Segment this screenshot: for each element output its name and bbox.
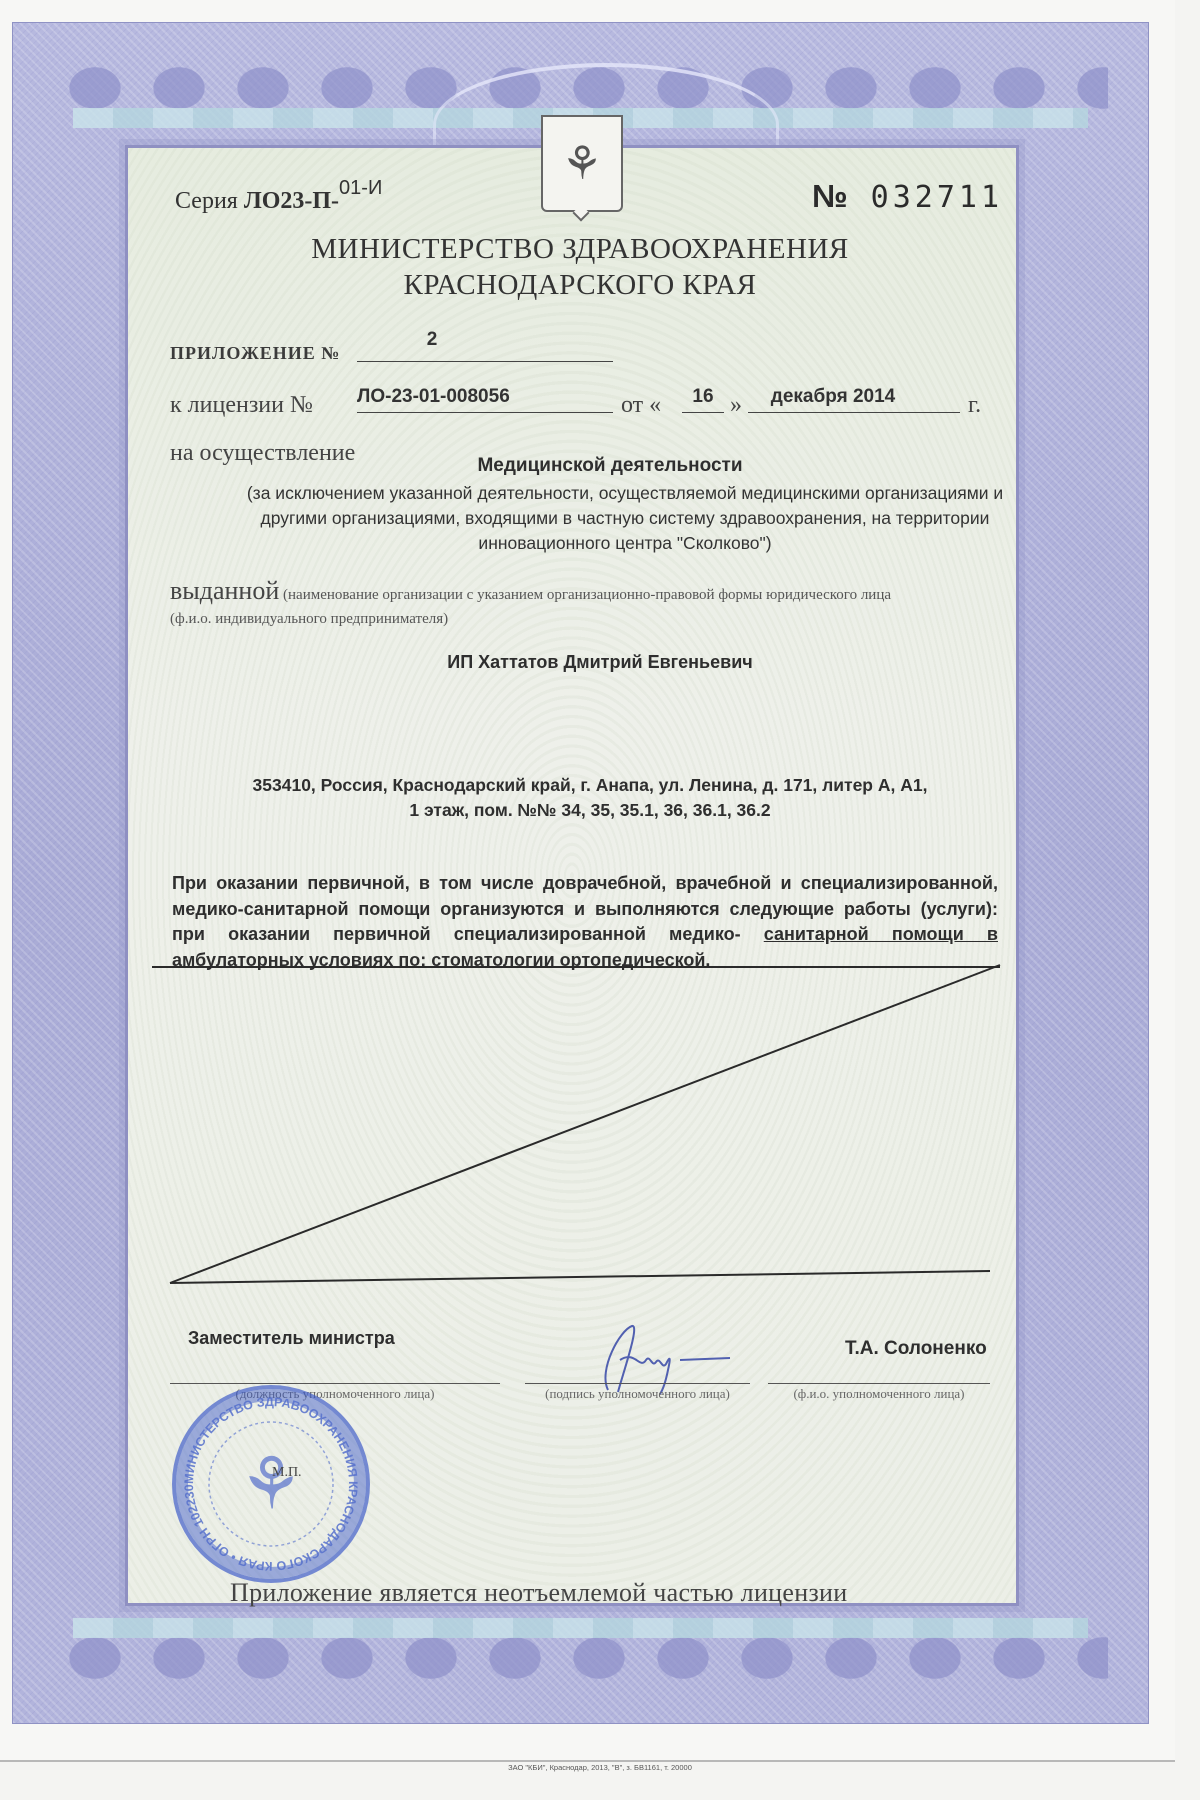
- license-holder-name: ИП Хаттатов Дмитрий Евгеньевич: [200, 652, 1000, 673]
- appendix-note: Приложение является неотъемлемой частью …: [230, 1578, 847, 1608]
- coat-of-arms-shield: ⚘: [541, 115, 623, 212]
- number-sign: №: [812, 178, 849, 214]
- seal-eagle-icon: ⚘: [239, 1442, 304, 1527]
- seal-place-label: М.П.: [272, 1465, 302, 1481]
- issued-to-hint-1: (наименование организации с указанием ор…: [283, 587, 891, 603]
- number-value: 032711: [871, 180, 1003, 215]
- issuing-authority: МИНИСТЕРСТВО ЗДРАВООХРАНЕНИЯ КРАСНОДАРСК…: [200, 231, 960, 303]
- printer-imprint: ЗАО "КБИ", Краснодар, 2013, "В", з. БВ11…: [0, 1763, 1200, 1772]
- signer-name: Т.А. Солоненко: [845, 1338, 987, 1360]
- appendix-fill-line: [357, 361, 613, 362]
- address-line-1: 353410, Россия, Краснодарский край, г. А…: [180, 773, 1000, 798]
- blank-area-strike-lines: [140, 955, 1020, 1295]
- series-suffix: 01-И: [339, 177, 382, 199]
- name-caption: (ф.и.о. уполномоченного лица): [768, 1386, 990, 1402]
- signature-caption: (подпись уполномоченного лица): [525, 1386, 750, 1402]
- ministry-line-2: КРАСНОДАРСКОГО КРАЯ: [200, 267, 960, 303]
- appendix-number: 2: [357, 329, 507, 351]
- address-line-2: 1 этаж, пом. №№ 34, 35, 35.1, 36, 36.1, …: [180, 798, 1000, 823]
- license-label: к лицензии №: [170, 392, 313, 419]
- license-number: ЛО-23-01-008056: [357, 386, 517, 408]
- issued-to-block: выданной (наименование организации с ука…: [170, 579, 1000, 631]
- issued-to-label: выданной: [170, 576, 279, 605]
- activity-title: Медицинской деятельности: [300, 455, 920, 477]
- official-seal: МИНИСТЕРСТВО ЗДРАВООХРАНЕНИЯ КРАСНОДАРСК…: [172, 1385, 370, 1583]
- series-line: Серия ЛО23-П-01-И: [175, 177, 382, 215]
- appendix-label: ПРИЛОЖЕНИЕ №: [170, 343, 340, 364]
- year-suffix: г.: [968, 392, 981, 419]
- form-number: №032711: [812, 178, 1003, 215]
- position-line: [170, 1383, 500, 1384]
- issued-to-hint-2: (ф.и.о. индивидуального предпринимателя): [170, 611, 448, 627]
- signature-line: [525, 1383, 750, 1384]
- address-block: 353410, Россия, Краснодарский край, г. А…: [180, 773, 1000, 823]
- activity-description: (за исключением указанной деятельности, …: [230, 481, 1020, 556]
- license-day: 16: [682, 386, 724, 408]
- date-from-label: от «: [621, 392, 661, 419]
- double-headed-eagle-icon: ⚘: [561, 141, 602, 187]
- name-line: [768, 1383, 990, 1384]
- signer-position: Заместитель министра: [188, 1328, 395, 1349]
- month-year-fill-line: [748, 412, 960, 413]
- day-fill-line: [682, 412, 724, 413]
- date-close-quote: »: [730, 392, 742, 419]
- ministry-line-1: МИНИСТЕРСТВО ЗДРАВООХРАНЕНИЯ: [200, 231, 960, 267]
- license-fill-line: [357, 412, 613, 413]
- series-code: ЛО23-П-: [244, 188, 339, 214]
- series-label: Серия: [175, 188, 238, 214]
- frame-band-bottom: [73, 1618, 1088, 1638]
- license-month-year: декабря 2014: [748, 386, 918, 408]
